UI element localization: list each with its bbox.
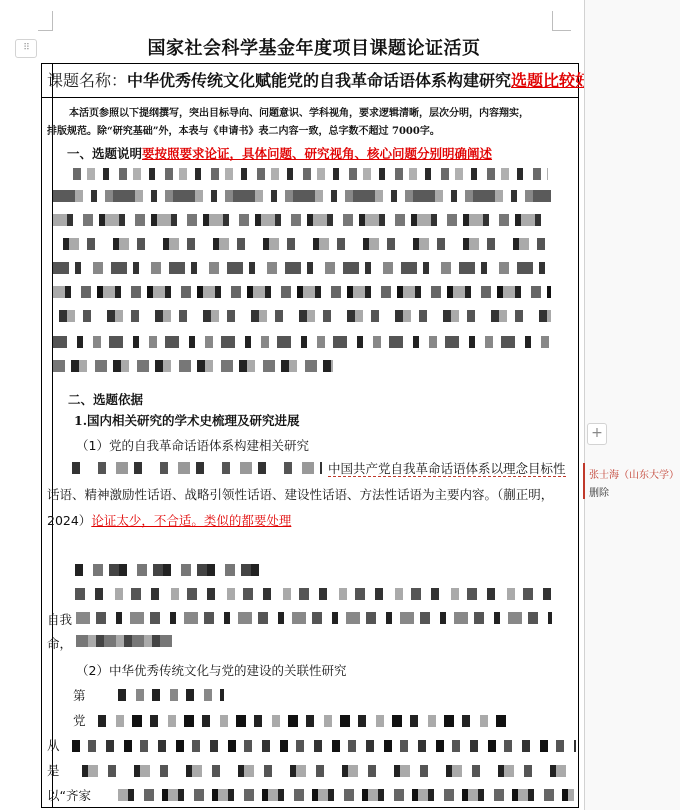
redacted-text-block-2 bbox=[48, 560, 578, 650]
document-title: 国家社会科学基金年度项目课题论证活页 bbox=[42, 34, 586, 60]
fragment-shi: 是 bbox=[47, 761, 60, 779]
subject-label: 课题名称： bbox=[47, 71, 127, 90]
page-corner-mark-top-right bbox=[552, 11, 571, 31]
comment-indicator-bar bbox=[583, 463, 585, 499]
redacted-text-line-yi bbox=[118, 789, 574, 801]
subject-value[interactable]: 中华优秀传统文化赋能党的自我革命话语体系构建研究 bbox=[127, 71, 511, 90]
comment-anchor-text[interactable]: 中国共产党自我革命话语体系以理念目标性 bbox=[328, 461, 566, 477]
section-1-heading[interactable]: 一、选题说明要按照要求论证，具体问题、研究视角、核心问题分别明确阐述 bbox=[67, 144, 492, 162]
redacted-text-line-dang bbox=[98, 715, 508, 727]
citation-year: 2024） bbox=[47, 513, 91, 528]
fragment-di: 第 bbox=[73, 686, 86, 704]
para-1-visible-text[interactable]: 中国共产党自我革命话语体系以理念目标性 bbox=[328, 459, 566, 477]
instructions-line-2: 排版规范。除“研究基础”外，本表与《申请书》表二内容一致，总字数不超过 7000… bbox=[47, 123, 577, 141]
redacted-text-block-1 bbox=[48, 162, 578, 382]
fragment-ziwo: 自我 bbox=[47, 610, 72, 628]
section-2-item-1[interactable]: （1）党的自我革命话语体系构建相关研究 bbox=[76, 436, 309, 454]
redacted-text-inline-1 bbox=[72, 462, 322, 474]
section-2-subheading-1[interactable]: 1.国内相关研究的学术史梳理及研究进展 bbox=[74, 411, 300, 429]
redacted-text-line-cong bbox=[72, 740, 576, 752]
section-2-heading[interactable]: 二、选题依据 bbox=[68, 390, 143, 408]
instructions-paragraph[interactable]: 本活页参照以下提纲撰写，突出目标导向、问题意识、学科视角，要求逻辑清晰，层次分明… bbox=[47, 105, 577, 141]
comments-sidebar bbox=[584, 0, 680, 810]
document-page: ⠿ 国家社会科学基金年度项目课题论证活页 课题名称：中华优秀传统文化赋能党的自我… bbox=[0, 0, 584, 810]
fragment-dang: 党 bbox=[73, 711, 86, 729]
comment-action-delete[interactable]: 删除 bbox=[589, 484, 609, 499]
inline-comment-para-1[interactable]: 论证太少，不合适。类似的都要处理 bbox=[91, 513, 291, 528]
comment-author[interactable]: 张士海（山东大学） bbox=[589, 466, 679, 481]
para-1-line-3[interactable]: 2024）论证太少，不合适。类似的都要处理 bbox=[47, 511, 291, 529]
fragment-yi: 以“齐家 bbox=[47, 786, 91, 804]
inline-comment-subject[interactable]: 选题比较好 bbox=[511, 71, 591, 90]
page-corner-mark-top-left bbox=[38, 11, 53, 31]
fragment-cong: 从 bbox=[47, 736, 60, 754]
add-comment-button[interactable]: + bbox=[587, 423, 607, 445]
fragment-ming: 命， bbox=[47, 634, 72, 652]
inline-comment-section-1[interactable]: 要按照要求论证，具体问题、研究视角、核心问题分别明确阐述 bbox=[142, 146, 492, 161]
subject-row[interactable]: 课题名称：中华优秀传统文化赋能党的自我革命话语体系构建研究选题比较好 bbox=[47, 68, 591, 91]
instructions-line-1: 本活页参照以下提纲撰写，突出目标导向、问题意识、学科视角，要求逻辑清晰，层次分明… bbox=[47, 105, 577, 123]
table-row-divider bbox=[41, 97, 579, 98]
section-2-item-2[interactable]: （2）中华优秀传统文化与党的建设的关联性研究 bbox=[76, 661, 346, 679]
redacted-text-line-shi bbox=[72, 765, 576, 777]
table-drag-handle-icon[interactable]: ⠿ bbox=[15, 39, 37, 58]
redacted-text-line-di bbox=[118, 689, 224, 701]
section-1-title: 一、选题说明 bbox=[67, 146, 142, 161]
para-1-line-2[interactable]: 话语、精神激励性话语、战略引领性话语、建设性话语、方法性话语为主要内容。（蒯正明… bbox=[47, 485, 553, 503]
